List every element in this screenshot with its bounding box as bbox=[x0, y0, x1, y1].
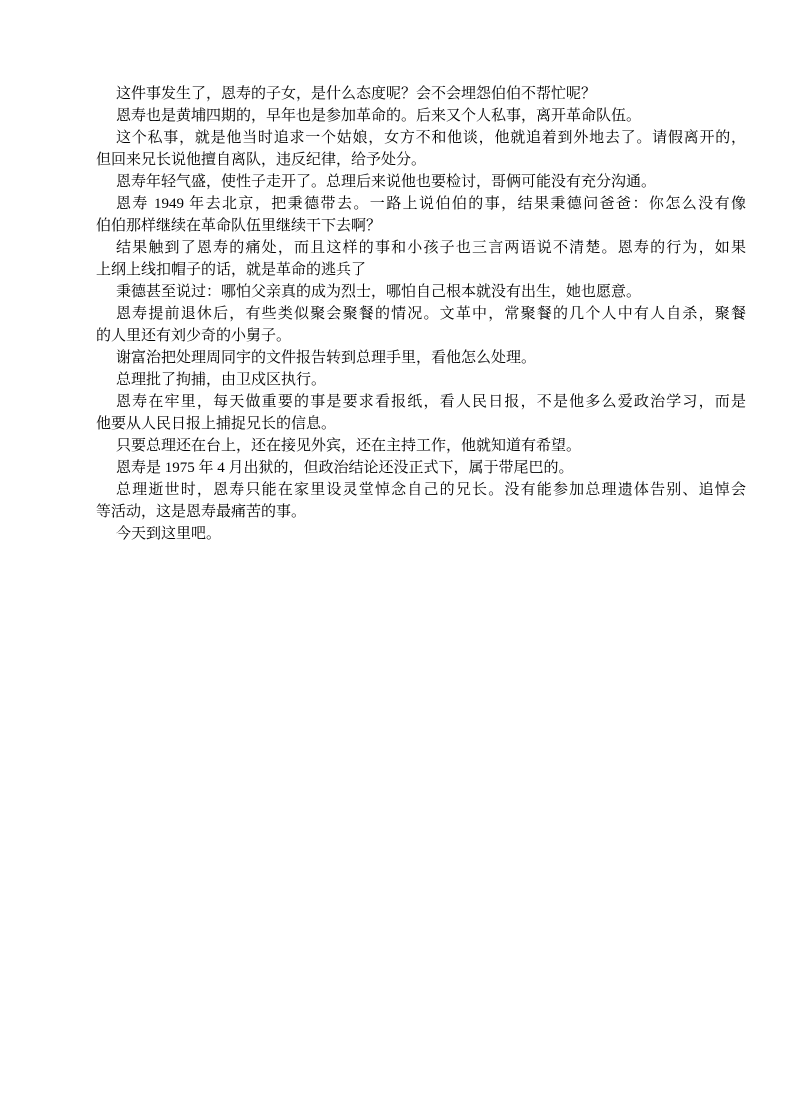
text-line: 恩寿在牢里，每天做重要的事是要求看报纸，看人民日报，不是他多么爱政治学习，而是 bbox=[96, 391, 746, 413]
text-line: 这件事发生了，恩寿的子女，是什么态度呢？会不会埋怨伯伯不帮忙呢？ bbox=[96, 83, 746, 105]
text-line: 但回来兄长说他擅自离队，违反纪律，给予处分。 bbox=[96, 149, 746, 171]
paragraph: 恩寿是 1975 年 4 月出狱的，但政治结论还没正式下，属于带尾巴的。 bbox=[96, 457, 746, 479]
text-line: 谢富治把处理周同宇的文件报告转到总理手里，看他怎么处理。 bbox=[96, 347, 746, 369]
paragraph: 恩寿年轻气盛，使性子走开了。总理后来说他也要检讨，哥俩可能没有充分沟通。 bbox=[96, 171, 746, 193]
document-text: 这件事发生了，恩寿的子女，是什么态度呢？会不会埋怨伯伯不帮忙呢？恩寿也是黄埔四期… bbox=[96, 83, 746, 545]
text-line: 恩寿 1949 年去北京，把秉德带去。一路上说伯伯的事，结果秉德问爸爸：你怎么没… bbox=[96, 193, 746, 215]
text-line: 他要从人民日报上捕捉兄长的信息。 bbox=[96, 413, 746, 435]
paragraph: 这件事发生了，恩寿的子女，是什么态度呢？会不会埋怨伯伯不帮忙呢？ bbox=[96, 83, 746, 105]
text-line: 等活动，这是恩寿最痛苦的事。 bbox=[96, 501, 746, 523]
text-line: 总理逝世时，恩寿只能在家里设灵堂悼念自己的兄长。没有能参加总理遗体告别、追悼会 bbox=[96, 479, 746, 501]
text-line: 恩寿年轻气盛，使性子走开了。总理后来说他也要检讨，哥俩可能没有充分沟通。 bbox=[96, 171, 746, 193]
paragraph: 结果触到了恩寿的痛处，而且这样的事和小孩子也三言两语说不清楚。恩寿的行为，如果上… bbox=[96, 237, 746, 281]
paragraph: 这个私事，就是他当时追求一个姑娘，女方不和他谈，他就追着到外地去了。请假离开的，… bbox=[96, 127, 746, 171]
paragraph: 恩寿在牢里，每天做重要的事是要求看报纸，看人民日报，不是他多么爱政治学习，而是他… bbox=[96, 391, 746, 435]
paragraph: 谢富治把处理周同宇的文件报告转到总理手里，看他怎么处理。 bbox=[96, 347, 746, 369]
paragraph: 秉德甚至说过：哪怕父亲真的成为烈士，哪怕自己根本就没有出生，她也愿意。 bbox=[96, 281, 746, 303]
paragraph: 恩寿也是黄埔四期的，早年也是参加革命的。后来又个人私事，离开革命队伍。 bbox=[96, 105, 746, 127]
text-line: 秉德甚至说过：哪怕父亲真的成为烈士，哪怕自己根本就没有出生，她也愿意。 bbox=[96, 281, 746, 303]
text-line: 恩寿提前退休后，有些类似聚会聚餐的情况。文革中，常聚餐的几个人中有人自杀，聚餐 bbox=[96, 303, 746, 325]
text-line: 上纲上线扣帽子的话，就是革命的逃兵了 bbox=[96, 259, 746, 281]
paragraph: 总理逝世时，恩寿只能在家里设灵堂悼念自己的兄长。没有能参加总理遗体告别、追悼会等… bbox=[96, 479, 746, 523]
text-line: 伯伯那样继续在革命队伍里继续干下去啊？ bbox=[96, 215, 746, 237]
text-line: 恩寿也是黄埔四期的，早年也是参加革命的。后来又个人私事，离开革命队伍。 bbox=[96, 105, 746, 127]
text-line: 结果触到了恩寿的痛处，而且这样的事和小孩子也三言两语说不清楚。恩寿的行为，如果 bbox=[96, 237, 746, 259]
paragraph: 今天到这里吧。 bbox=[96, 523, 746, 545]
paragraph: 只要总理还在台上，还在接见外宾，还在主持工作，他就知道有希望。 bbox=[96, 435, 746, 457]
text-line: 总理批了拘捕，由卫戍区执行。 bbox=[96, 369, 746, 391]
text-line: 这个私事，就是他当时追求一个姑娘，女方不和他谈，他就追着到外地去了。请假离开的， bbox=[96, 127, 746, 149]
document-page: 这件事发生了，恩寿的子女，是什么态度呢？会不会埋怨伯伯不帮忙呢？恩寿也是黄埔四期… bbox=[0, 0, 800, 1100]
text-line: 恩寿是 1975 年 4 月出狱的，但政治结论还没正式下，属于带尾巴的。 bbox=[96, 457, 746, 479]
paragraph: 恩寿提前退休后，有些类似聚会聚餐的情况。文革中，常聚餐的几个人中有人自杀，聚餐的… bbox=[96, 303, 746, 347]
text-line: 今天到这里吧。 bbox=[96, 523, 746, 545]
paragraph: 总理批了拘捕，由卫戍区执行。 bbox=[96, 369, 746, 391]
text-line: 的人里还有刘少奇的小舅子。 bbox=[96, 325, 746, 347]
text-line: 只要总理还在台上，还在接见外宾，还在主持工作，他就知道有希望。 bbox=[96, 435, 746, 457]
paragraph: 恩寿 1949 年去北京，把秉德带去。一路上说伯伯的事，结果秉德问爸爸：你怎么没… bbox=[96, 193, 746, 237]
